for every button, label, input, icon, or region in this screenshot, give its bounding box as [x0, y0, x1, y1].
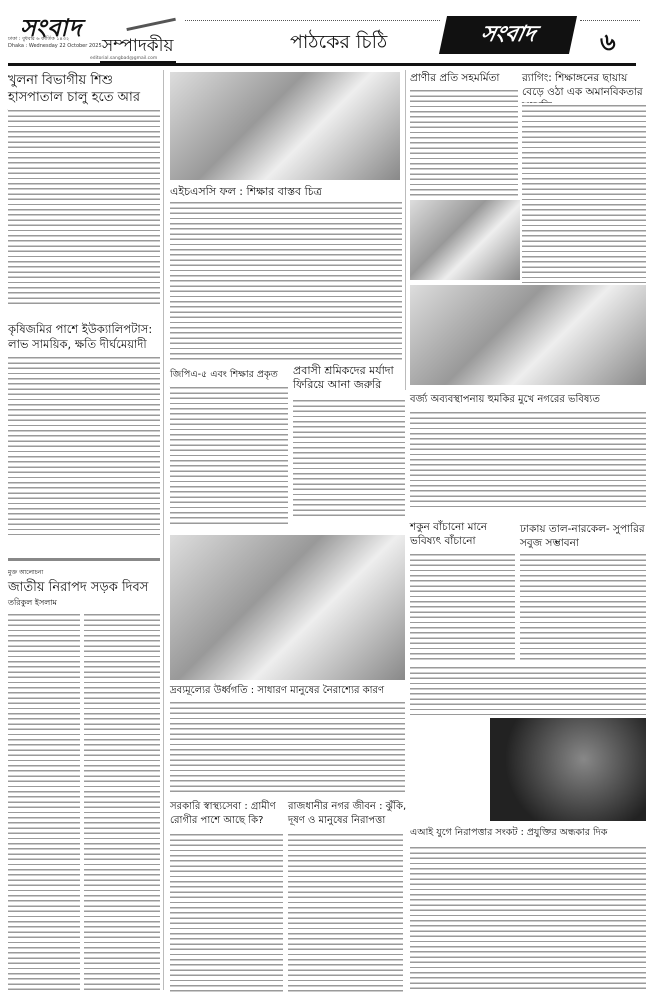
photo-animal: [410, 200, 520, 280]
divider: [185, 20, 440, 21]
photo-market: [170, 535, 405, 680]
byline: তরিকুল ইসলাম: [8, 597, 57, 610]
pen-icon: [124, 7, 176, 31]
headline: বর্জ্য অব্যবস্থাপনায় হুমকির মুখে নগরের …: [410, 392, 650, 409]
headline: কৃষিজমির পাশে ইউক্যালিপটাস: লাভ সাময়িক,…: [8, 322, 163, 352]
article-body: [170, 200, 402, 360]
article-body: [84, 612, 160, 992]
article-body: [410, 845, 646, 993]
article-body: [170, 832, 283, 992]
photo-students: [170, 72, 400, 180]
headline: রাজধানীর নগর জীবন : ঝুঁকি, দূষণ ও মানুষে…: [288, 800, 408, 828]
article-body: [410, 410, 646, 510]
headline: ঢাকায় তাল-নারকেল- সুপারির সবুজ সম্ভাবনা: [520, 522, 648, 550]
brand-logo-text: সংবাদ: [477, 17, 539, 54]
brand-logo: সংবাদ: [439, 16, 577, 54]
headline: দ্রব্যমূল্যের উর্ধ্বগতি : সাধারণ মানুষের…: [170, 683, 410, 700]
article-body: [522, 103, 646, 283]
headline: প্রাণীর প্রতি সহমর্মিতা: [410, 71, 499, 88]
column-divider: [405, 70, 406, 390]
article-body: [520, 552, 646, 662]
article-body: [170, 385, 288, 525]
article-body: [8, 355, 160, 535]
dateline: ঢাকা : বুধবার ৬ কার্তিক ১৪৩২Dhaka : Wedn…: [8, 36, 102, 50]
headline: প্রবাসী শ্রমিকদের মর্যাদা ফিরিয়ে আনা জর…: [293, 364, 408, 392]
article-body: [8, 612, 80, 992]
headline: জাতীয় নিরাপদ সড়ক দিবস: [8, 578, 160, 599]
headline: শকুন বাঁচানো মানে ভবিষ্যৎ বাঁচানো: [410, 520, 520, 548]
headline: এআই যুগে নিরাপত্তার সংকট : প্রযুক্তির অন…: [410, 826, 650, 841]
headline: সরকারি স্বাস্থ্যসেবা : গ্রামীণ রোগীর পাশ…: [170, 800, 285, 828]
article-body: [410, 665, 646, 715]
article-body: [293, 398, 405, 518]
photo-waste: [410, 285, 646, 385]
editorial-email: editorial.sangbad@gmail.com: [90, 56, 157, 61]
photo-ai: [490, 718, 646, 821]
article-body: [410, 552, 515, 662]
masthead-rule: [8, 63, 636, 66]
date-english: Dhaka : Wednesday 22 October 2025: [8, 43, 102, 50]
date-bengali: ঢাকা : বুধবার ৬ কার্তিক ১৪৩২: [8, 36, 102, 43]
column-divider: [163, 70, 164, 990]
kicker: মুক্ত আলোচনা: [8, 567, 43, 578]
divider: [8, 558, 160, 561]
article-body: [288, 832, 403, 992]
divider: [580, 20, 640, 21]
page-number: ৬: [600, 24, 616, 64]
article-body: [170, 700, 405, 795]
page-title: পাঠকের চিঠি: [290, 28, 387, 60]
article-body: [8, 108, 160, 308]
article-body: [410, 88, 518, 198]
